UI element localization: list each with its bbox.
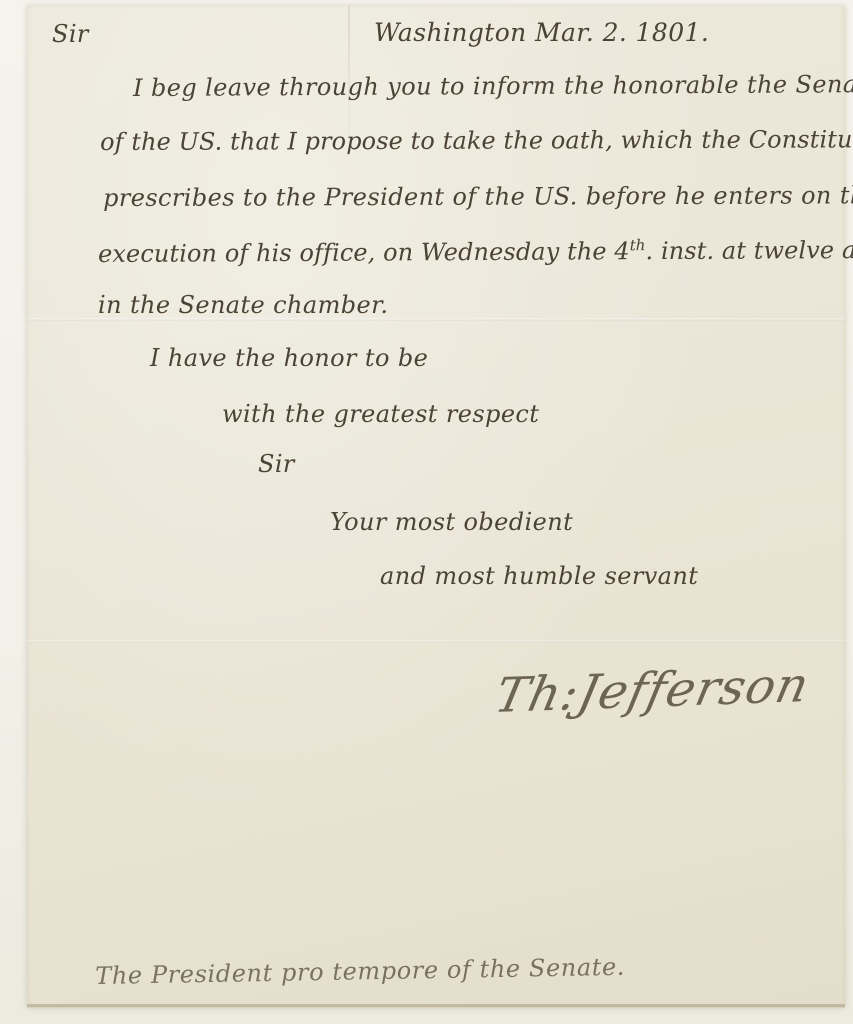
paper-bottom-edge bbox=[27, 1004, 845, 1007]
body-line-4-suffix: . inst. at twelve aclock bbox=[645, 236, 853, 265]
signature: Th:Jefferson bbox=[490, 657, 815, 724]
paper-fold-crease-lower bbox=[27, 640, 845, 643]
closing-line-1: I have the honor to be bbox=[150, 344, 428, 372]
body-line-3: prescribes to the President of the US. b… bbox=[103, 181, 853, 212]
body-line-2: of the US. that I propose to take the oa… bbox=[100, 125, 853, 156]
salutation: Sir bbox=[52, 20, 89, 48]
ordinal-superscript: th bbox=[630, 236, 646, 254]
closing-line-5: and most humble servant bbox=[380, 562, 698, 590]
closing-line-2: with the greatest respect bbox=[222, 400, 539, 428]
closing-line-3: Sir bbox=[258, 450, 295, 478]
body-line-1: I beg leave through you to inform the ho… bbox=[133, 70, 853, 102]
dateline: Washington Mar. 2. 1801. bbox=[374, 18, 709, 47]
closing-line-4: Your most obedient bbox=[330, 508, 573, 536]
letter-paper bbox=[27, 6, 845, 1008]
letter-scan: Sir Washington Mar. 2. 1801. I beg leave… bbox=[0, 0, 853, 1024]
body-line-4: execution of his office, on Wednesday th… bbox=[98, 235, 853, 268]
body-line-4-prefix: execution of his office, on Wednesday th… bbox=[98, 237, 630, 268]
body-line-5: in the Senate chamber. bbox=[98, 291, 388, 319]
